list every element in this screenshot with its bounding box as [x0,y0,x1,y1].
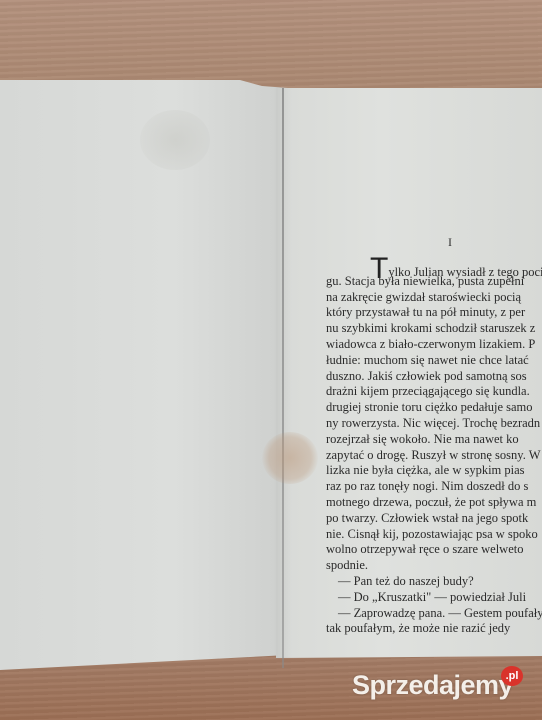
text-line: drugiej stronie toru ciężko pedałuje sam… [326,400,542,416]
book-text: Tylko Julian wysiadł z tego pocią gu. St… [326,258,542,637]
text-line: po twarzy. Człowiek wstał na jego spotk [326,511,542,527]
text-line: łudnie: muchom się nawet nie chce latać [326,353,542,369]
text-line: zapytać o drogę. Ruszył w stronę sosny. … [326,448,542,464]
text-line: duszno. Jakiś człowiek pod samotną sos [326,369,542,385]
text-line: tak poufałym, że może nie razić jedy [326,621,542,637]
text-line: ny rowerzysta. Nic więcej. Trochę bezrad… [326,416,542,432]
chapter-number: I [448,235,452,250]
text-line: nu szybkimi krokami schodził staruszek z [326,321,542,337]
text-line: gu. Stacja była niewielka, pusta zupełni [326,274,542,290]
text-line: motnego drzewa, poczuł, że pot spływa m [326,495,542,511]
dialogue-line: — Do „Kruszatki" — powiedział Juli [326,590,542,606]
text-line: lizka nie była ciężka, ale w sypkim pias [326,463,542,479]
text-line: rozejrzał się wokoło. Nie ma nawet ko [326,432,542,448]
book-left-page [0,80,288,670]
dialogue-line: — Zaprowadzę pana. — Gestem poufały [326,606,542,622]
text-line: spodnie. [326,558,542,574]
text-line: wolno otrzepywał ręce o szare welweto [326,542,542,558]
text-line: który przystawał tu na pół minuty, z per [326,305,542,321]
water-stain [262,432,318,484]
text-line: drażni kijem przeciągającego się kundla. [326,384,542,400]
dialogue-line: — Pan też do naszej budy? [326,574,542,590]
text-line: nie. Cisnął kij, pozostawiając psa w spo… [326,527,542,543]
text-line: Tylko Julian wysiadł z tego pocią [370,258,542,274]
text-line: raz po raz tonęły nogi. Nim doszedł do s [326,479,542,495]
text-line: na zakręcie gwizdał staroświecki pocią [326,290,542,306]
watermark-logo: Sprzedajemy [352,670,513,701]
book-spine-gutter [282,88,284,668]
text-line: wiadowca z biało-czerwonym lizakiem. P [326,337,542,353]
watermark-badge: .pl [501,666,523,686]
paper-discoloration [140,110,210,170]
